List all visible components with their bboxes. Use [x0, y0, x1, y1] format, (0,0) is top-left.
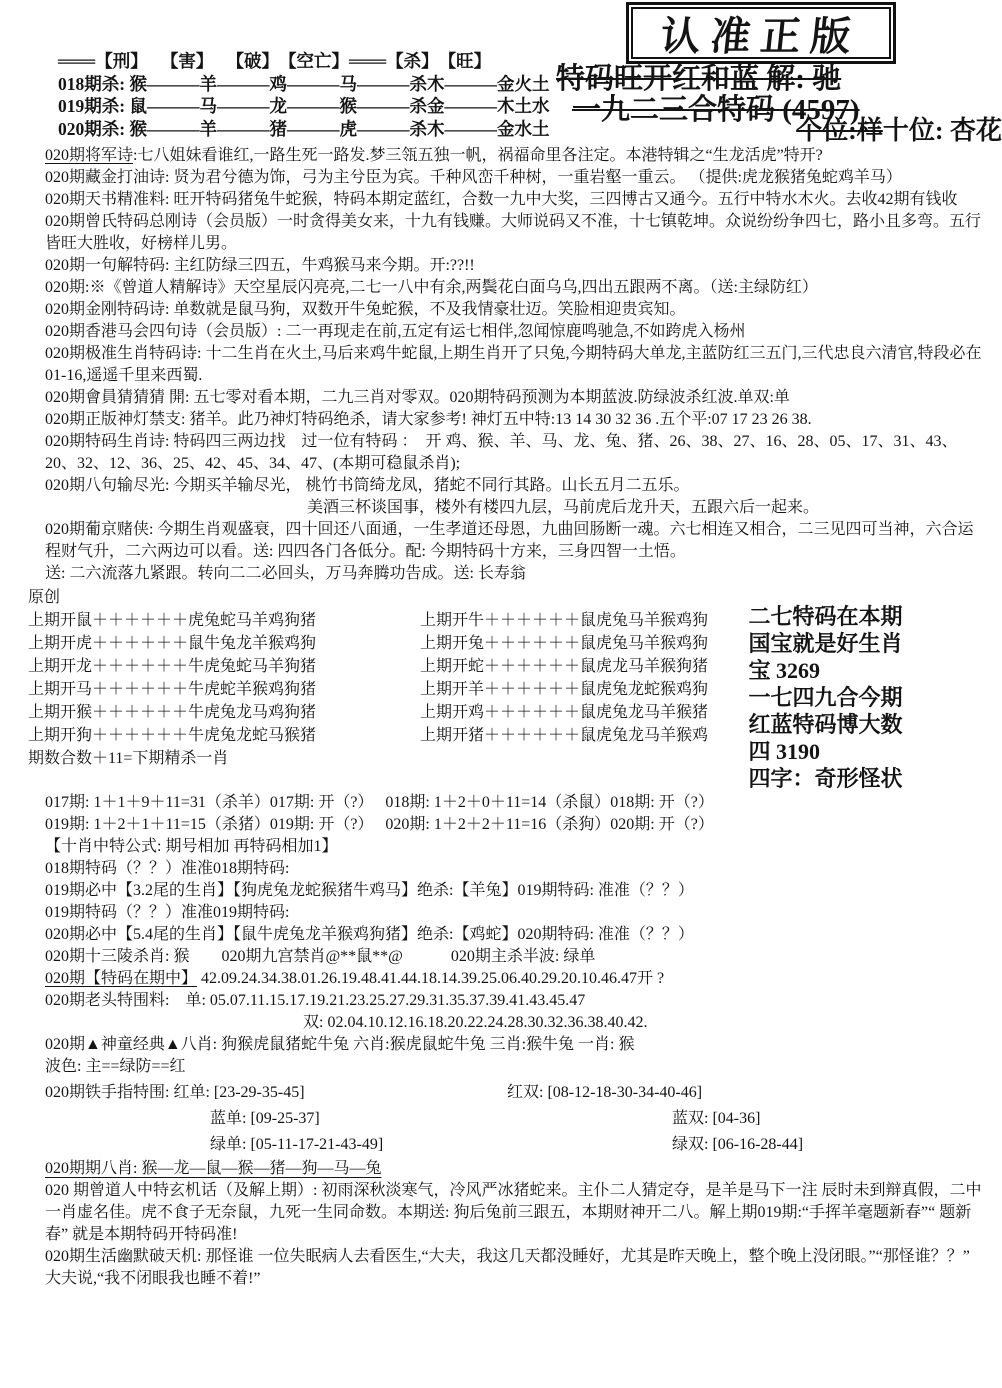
- zodiac-pair-left: 上期开马＋＋＋＋＋＋牛虎蛇羊猴鸡狗猪: [28, 678, 420, 701]
- tip-line-text: 020期期八肖: 猴—龙—鼠—猴—猪—狗—马—兔: [45, 1160, 381, 1177]
- tip-line: 020期金刚特码诗: 单数就是鼠马狗，双数开牛兔蛇猴，不及我情豪壮迈。笑脸相迎贵…: [45, 299, 986, 321]
- tip-line-text: 020期曾氏特码总刚诗（会员版）一时贪得美女来，十九有钱赚。大师说码又不准，十七…: [45, 213, 981, 252]
- color-odd-even-row: 蓝单: [09-25-37]蓝双: [04-36]: [45, 1106, 986, 1132]
- color-even-cell: 蓝双: [04-36]: [672, 1106, 986, 1132]
- side-note-line: 四 3190: [748, 738, 986, 765]
- tip-line: 波色: 主==绿防==红: [45, 1056, 986, 1078]
- tip-line: 020期【特码在期中】 42.09.24.34.38.01.26.19.48.4…: [45, 968, 986, 990]
- header-right: 特码旺开红和蓝 解: 驰 一九二三合特码 (4597) 个位:样十位: 杏花: [556, 64, 1002, 145]
- content-area: 020期将军诗:七八姐妹看谁红,一路生死一路发.梦三瓴五独一帆，祸福命里各注定。…: [0, 140, 1002, 1290]
- side-note-line: 国宝就是好生肖: [748, 630, 986, 657]
- iron-finger-grid: 020期铁手指特围: 红单: [23-29-35-45]红双: [08-12-1…: [45, 1080, 986, 1158]
- tip-line-text: 019期: 1＋2＋1＋11=15（杀猪）019期: 开（?） 020期: 1＋…: [45, 816, 714, 833]
- tip-line-text: 020期金刚特码诗: 单数就是鼠马狗，双数开牛兔蛇猴，不及我情豪壮迈。笑脸相迎贵…: [45, 301, 685, 318]
- tip-line: 020期期八肖: 猴—龙—鼠—猴—猪—狗—马—兔: [45, 1158, 986, 1180]
- tip-line: 020期正版神灯禁支: 猪羊。此乃神灯特码绝杀，请大家参考! 神灯五中特:13 …: [45, 409, 986, 431]
- side-note-line: 一七四九合今期: [748, 684, 986, 711]
- original-label: 原创: [28, 587, 748, 609]
- kill-table-header: ═══【刑】 【害】 【破】 【空亡】═══【杀】 【旺】: [58, 50, 618, 73]
- zodiac-pair-right: 上期开兔＋＋＋＋＋＋鼠虎兔马羊猴鸡狗: [420, 632, 748, 655]
- tip-line-text: 020期极准生肖特码诗: 十二生肖在火土,马后来鸡牛蛇鼠,上期生肖开了只兔,今期…: [45, 345, 981, 384]
- tip-line: 020期一句解特码: 主红防绿三四五，牛鸡猴马来今期。开:??!!: [45, 255, 986, 277]
- kill-table: ═══【刑】 【害】 【破】 【空亡】═══【杀】 【旺】 018期杀: 猴——…: [0, 0, 618, 140]
- tip-line-text: 020期八句输尽光: 今期买羊输尽光， 桃竹书筒绮龙凤，猪蛇不同行其路。山长五月…: [45, 477, 689, 494]
- zodiac-pair-right: 上期开牛＋＋＋＋＋＋鼠虎兔马羊猴鸡狗: [420, 609, 748, 632]
- tip-line-text: 波色: 主==绿防==红: [45, 1058, 186, 1075]
- tip-line-label: 020期将军诗: [45, 147, 133, 164]
- tip-line-text: 020期正版神灯禁支: 猪羊。此乃神灯特码绝杀，请大家参考! 神灯五中特:13 …: [45, 411, 812, 428]
- tip-line-text: 020期一句解特码: 主红防绿三四五，牛鸡猴马来今期。开:??!!: [45, 257, 475, 274]
- tip-line: 【十肖中特公式: 期号相加 再特码相加1】: [45, 836, 986, 858]
- tip-line-text: :七八姐妹看谁红,一路生死一路发.梦三瓴五独一帆，祸福命里各注定。本港特辑之“生…: [133, 147, 823, 164]
- iron-finger-rows: 020期铁手指特围: 红单: [23-29-35-45]红双: [08-12-1…: [45, 1080, 986, 1158]
- tip-line: 020期极准生肖特码诗: 十二生肖在火土,马后来鸡牛蛇鼠,上期生肖开了只兔,今期…: [45, 343, 986, 387]
- tip-line-text: 020 期曾道人中特玄机话（及解上期）: 初雨深秋淡寒气，冷风严冰猪蛇来。主仆二…: [45, 1182, 981, 1243]
- zodiac-pair-left: 上期开鼠＋＋＋＋＋＋虎兔蛇马羊鸡狗猪: [28, 609, 420, 632]
- color-even-cell: 绿双: [06-16-28-44]: [672, 1132, 986, 1158]
- tip-line-text: 020期十三陵杀肖: 猴 020期九宫禁肖@**鼠**@ 020期主杀半波: 绿…: [45, 948, 595, 965]
- tip-line: 017期: 1＋1＋9＋11=31（杀羊）017期: 开（?） 018期: 1＋…: [45, 792, 986, 814]
- tip-line: 020期香港马会四句诗（会员版）: 二一再现走在前,五定有运七相伴,忽闻惊鹿鸣驰…: [45, 321, 986, 343]
- tip-line: 020期▲神童经典▲八肖: 狗猴虎鼠猪蛇牛兔 六肖:猴虎鼠蛇牛兔 三肖:猴牛兔 …: [45, 1034, 986, 1056]
- color-odd-cell: 020期铁手指特围: 红单: [23-29-35-45]: [45, 1080, 507, 1106]
- color-odd-even-row: 绿单: [05-11-17-21-43-49]绿双: [06-16-28-44]: [45, 1132, 986, 1158]
- side-notes-lines: 二七特码在本期国宝就是好生肖宝 3269一七四九合今期红蓝特码博大数四 3190…: [748, 603, 986, 792]
- side-note-line: 四字：奇形怪状: [748, 765, 986, 792]
- tip-line-text: 【十肖中特公式: 期号相加 再特码相加1】: [45, 838, 337, 855]
- authenticity-seal: 认准正版: [626, 2, 896, 64]
- zodiac-pair-row: 上期开狗＋＋＋＋＋＋牛虎兔龙蛇马猴猪上期开猪＋＋＋＋＋＋鼠虎兔龙马羊猴鸡: [28, 724, 748, 747]
- tip-line: 020期藏金打油诗: 贤为君兮德为饰，弓为主兮臣为宾。千种风峦千种树，一重岩壑一…: [45, 167, 986, 189]
- tip-line: 020期特码生肖诗: 特码四三两边找 过一位有特码 ： 开 鸡、猴、羊、马、龙、…: [45, 431, 986, 475]
- tip-line: 019期特码（？？）准准019期特码:: [45, 902, 986, 924]
- color-odd-cell: 蓝单: [09-25-37]: [45, 1106, 672, 1132]
- kill-table-row: 019期杀: 鼠———马———龙———猴———杀金———木土水: [58, 95, 618, 118]
- tip-line: 双: 02.04.10.12.16.18.20.22.24.28.30.32.3…: [45, 1012, 986, 1034]
- top-paragraphs: 020期将军诗:七八姐妹看谁红,一路生死一路发.梦三瓴五独一帆，祸福命里各注定。…: [45, 145, 986, 585]
- tip-line-text: 020期會員猜猜猜 開: 五七零对看本期，二九三肖对零双。020期特码预测为本期…: [45, 389, 790, 406]
- seal-text: 认准正版: [658, 5, 864, 62]
- tip-line-text: 020期▲神童经典▲八肖: 狗猴虎鼠猪蛇牛兔 六肖:猴虎鼠蛇牛兔 三肖:猴牛兔 …: [45, 1036, 634, 1053]
- tip-line-text: 美酒三杯谈国事，楼外有楼四九层，马前虎后龙升天，五跟六后一起来。: [307, 499, 819, 516]
- header-right-line1: 特码旺开红和蓝 解: 驰: [556, 64, 1002, 95]
- tip-line-text: 017期: 1＋1＋9＋11=31（杀羊）017期: 开（?） 018期: 1＋…: [45, 794, 714, 811]
- zodiac-pair-row: 上期开猴＋＋＋＋＋＋牛虎兔龙马鸡狗猪上期开鸡＋＋＋＋＋＋鼠虎兔龙马羊猴猪: [28, 701, 748, 724]
- tip-line-text: 送: 二六流落九紧跟。转向二二必回头，万马奔腾功告成。送: 长寿翁: [45, 565, 526, 582]
- zodiac-pair-right: 上期开猪＋＋＋＋＋＋鼠虎兔龙马羊猴鸡: [420, 724, 748, 747]
- zodiac-pairs-rows: 上期开鼠＋＋＋＋＋＋虎兔蛇马羊鸡狗猪上期开牛＋＋＋＋＋＋鼠虎兔马羊猴鸡狗上期开虎…: [28, 609, 748, 747]
- tip-line-text: 42.09.24.34.38.01.26.19.48.41.44.18.14.3…: [197, 970, 664, 987]
- bottom-paragraphs: 020期期八肖: 猴—龙—鼠—猴—猪—狗—马—兔020 期曾道人中特玄机话（及解…: [45, 1158, 986, 1290]
- zodiac-pair-row: 上期开马＋＋＋＋＋＋牛虎蛇羊猴鸡狗猪上期开羊＋＋＋＋＋＋鼠虎兔龙蛇猴鸡狗: [28, 678, 748, 701]
- zodiac-pair-left: 上期开龙＋＋＋＋＋＋牛虎兔蛇马羊狗猪: [28, 655, 420, 678]
- tip-line: 美酒三杯谈国事，楼外有楼四九层，马前虎后龙升天，五跟六后一起来。: [45, 497, 986, 519]
- tip-sheet-page: 认准正版 ═══【刑】 【害】 【破】 【空亡】═══【杀】 【旺】 018期杀…: [0, 0, 1002, 1388]
- kill-table-rows: 018期杀: 猴———羊———鸡———马———杀木———金火土019期杀: 鼠—…: [58, 73, 618, 141]
- tip-line-text: 020期特码生肖诗: 特码四三两边找 过一位有特码 ： 开 鸡、猴、羊、马、龙、…: [45, 433, 957, 472]
- tip-line-text: 020期香港马会四句诗（会员版）: 二一再现走在前,五定有运七相伴,忽闻惊鹿鸣驰…: [45, 323, 745, 340]
- tip-line: 送: 二六流落九紧跟。转向二二必回头，万马奔腾功告成。送: 长寿翁: [45, 563, 986, 585]
- kill-table-row: 020期杀: 猴———羊———猪———虎———杀木———金水土: [58, 118, 618, 141]
- header-right-line3-struck: 个位:样: [796, 116, 883, 145]
- tip-line: 020期天书精准料: 旺开特码猪兔牛蛇猴，特码本期定蓝红，合数一九中大奖，三四博…: [45, 189, 986, 211]
- side-note-line: 宝 3269: [748, 657, 986, 684]
- zodiac-pair-left: 上期开虎＋＋＋＋＋＋鼠牛兔龙羊猴鸡狗: [28, 632, 420, 655]
- tip-line: 019期必中【3.2尾的生肖】【狗虎兔龙蛇猴猪牛鸡马】绝杀:【羊兔】019期特码…: [45, 880, 986, 902]
- tip-line-text: 020期:※《曾道人精解诗》天空星辰闪亮亮,二七一八中有余,两鬓花白面乌乌,四出…: [45, 279, 818, 296]
- tip-line: 020期生活幽默破天机: 那怪谁 一位失眠病人去看医生,“大夫，我这几天都没睡好…: [45, 1246, 986, 1290]
- tip-line: 020期葡京赌侠: 今期生肖观盛衰，四十回还八面通，一生孝道还母恩，九曲回肠断一…: [45, 519, 986, 563]
- zodiac-pairs-left: 原创 上期开鼠＋＋＋＋＋＋虎兔蛇马羊鸡狗猪上期开牛＋＋＋＋＋＋鼠虎兔马羊猴鸡狗上…: [28, 587, 748, 792]
- zodiac-pairs-footer: 期数合数＋11=下期精杀一肖: [28, 747, 748, 770]
- tip-line: 020期老头特围料: 单: 05.07.11.15.17.19.21.23.25…: [45, 990, 986, 1012]
- color-odd-cell: 绿单: [05-11-17-21-43-49]: [45, 1132, 672, 1158]
- zodiac-pair-left: 上期开狗＋＋＋＋＋＋牛虎兔龙蛇马猴猪: [28, 724, 420, 747]
- tip-line-text: 020期必中【5.4尾的生肖】【鼠牛虎兔龙羊猴鸡狗猪】绝杀:【鸡蛇】020期特码…: [45, 926, 694, 943]
- tip-line-text: 020期生活幽默破天机: 那怪谁 一位失眠病人去看医生,“大夫，我这几天都没睡好…: [45, 1248, 970, 1287]
- tip-line: 020 期曾道人中特玄机话（及解上期）: 初雨深秋淡寒气，冷风严冰猪蛇来。主仆二…: [45, 1180, 986, 1246]
- tip-line-text: 双: 02.04.10.12.16.18.20.22.24.28.30.32.3…: [303, 1014, 647, 1031]
- side-notes: 二七特码在本期国宝就是好生肖宝 3269一七四九合今期红蓝特码博大数四 3190…: [748, 587, 986, 792]
- side-note-line: 二七特码在本期: [748, 603, 986, 630]
- tip-line-text: 020期藏金打油诗: 贤为君兮德为饰，弓为主兮臣为宾。千种风峦千种树，一重岩壑一…: [45, 169, 902, 186]
- tip-line-text: 019期特码（？？）准准019期特码:: [45, 904, 289, 921]
- tip-line: 020期八句输尽光: 今期买羊输尽光， 桃竹书筒绮龙凤，猪蛇不同行其路。山长五月…: [45, 475, 986, 497]
- zodiac-pair-right: 上期开羊＋＋＋＋＋＋鼠虎兔龙蛇猴鸡狗: [420, 678, 748, 701]
- mid-lines: 017期: 1＋1＋9＋11=31（杀羊）017期: 开（?） 018期: 1＋…: [45, 792, 986, 1078]
- color-odd-even-row: 020期铁手指特围: 红单: [23-29-35-45]红双: [08-12-1…: [45, 1080, 986, 1106]
- zodiac-pair-row: 上期开虎＋＋＋＋＋＋鼠牛兔龙羊猴鸡狗上期开兔＋＋＋＋＋＋鼠虎兔马羊猴鸡狗: [28, 632, 748, 655]
- tip-line: 020期必中【5.4尾的生肖】【鼠牛虎兔龙羊猴鸡狗猪】绝杀:【鸡蛇】020期特码…: [45, 924, 986, 946]
- zodiac-pair-row: 上期开龙＋＋＋＋＋＋牛虎兔蛇马羊狗猪上期开蛇＋＋＋＋＋＋鼠虎龙马羊猴狗猪: [28, 655, 748, 678]
- tip-line-text: 020期老头特围料: 单: 05.07.11.15.17.19.21.23.25…: [45, 992, 585, 1009]
- tip-line: 020期會員猜猜猜 開: 五七零对看本期，二九三肖对零双。020期特码预测为本期…: [45, 387, 986, 409]
- zodiac-pair-row: 上期开鼠＋＋＋＋＋＋虎兔蛇马羊鸡狗猪上期开牛＋＋＋＋＋＋鼠虎兔马羊猴鸡狗: [28, 609, 748, 632]
- tip-line: 019期: 1＋2＋1＋11=15（杀猪）019期: 开（?） 020期: 1＋…: [45, 814, 986, 836]
- header-right-line3-rest: 十位: 杏花: [883, 116, 1002, 145]
- tip-line-text: 019期必中【3.2尾的生肖】【狗虎兔龙蛇猴猪牛鸡马】绝杀:【羊兔】019期特码…: [45, 882, 694, 899]
- zodiac-pair-right: 上期开鸡＋＋＋＋＋＋鼠虎兔龙马羊猴猪: [420, 701, 748, 724]
- tip-line: 020期十三陵杀肖: 猴 020期九宫禁肖@**鼠**@ 020期主杀半波: 绿…: [45, 946, 986, 968]
- zodiac-pair-right: 上期开蛇＋＋＋＋＋＋鼠虎龙马羊猴狗猪: [420, 655, 748, 678]
- color-even-cell: 红双: [08-12-18-30-34-40-46]: [507, 1080, 986, 1106]
- tip-line-text: 020期天书精准料: 旺开特码猪兔牛蛇猴，特码本期定蓝红，合数一九中大奖，三四博…: [45, 191, 957, 208]
- tip-line: 020期曾氏特码总刚诗（会员版）一时贪得美女来，十九有钱赚。大师说码又不准，十七…: [45, 211, 986, 255]
- tip-line-text: 020期葡京赌侠: 今期生肖观盛衰，四十回还八面通，一生孝道还母恩，九曲回肠断一…: [45, 521, 973, 560]
- tip-line-text: 018期特码（？？）准准018期特码:: [45, 860, 289, 877]
- kill-table-row: 018期杀: 猴———羊———鸡———马———杀木———金火土: [58, 73, 618, 96]
- tip-line-label: 020期【特码在期中】: [45, 970, 197, 987]
- zodiac-pair-left: 上期开猴＋＋＋＋＋＋牛虎兔龙马鸡狗猪: [28, 701, 420, 724]
- tip-line: 018期特码（？？）准准018期特码:: [45, 858, 986, 880]
- side-note-line: 红蓝特码博大数: [748, 711, 986, 738]
- tip-line: 020期:※《曾道人精解诗》天空星辰闪亮亮,二七一八中有余,两鬓花白面乌乌,四出…: [45, 277, 986, 299]
- zodiac-pairs-block: 原创 上期开鼠＋＋＋＋＋＋虎兔蛇马羊鸡狗猪上期开牛＋＋＋＋＋＋鼠虎兔马羊猴鸡狗上…: [28, 587, 986, 792]
- tip-line: 020期将军诗:七八姐妹看谁红,一路生死一路发.梦三瓴五独一帆，祸福命里各注定。…: [45, 145, 986, 167]
